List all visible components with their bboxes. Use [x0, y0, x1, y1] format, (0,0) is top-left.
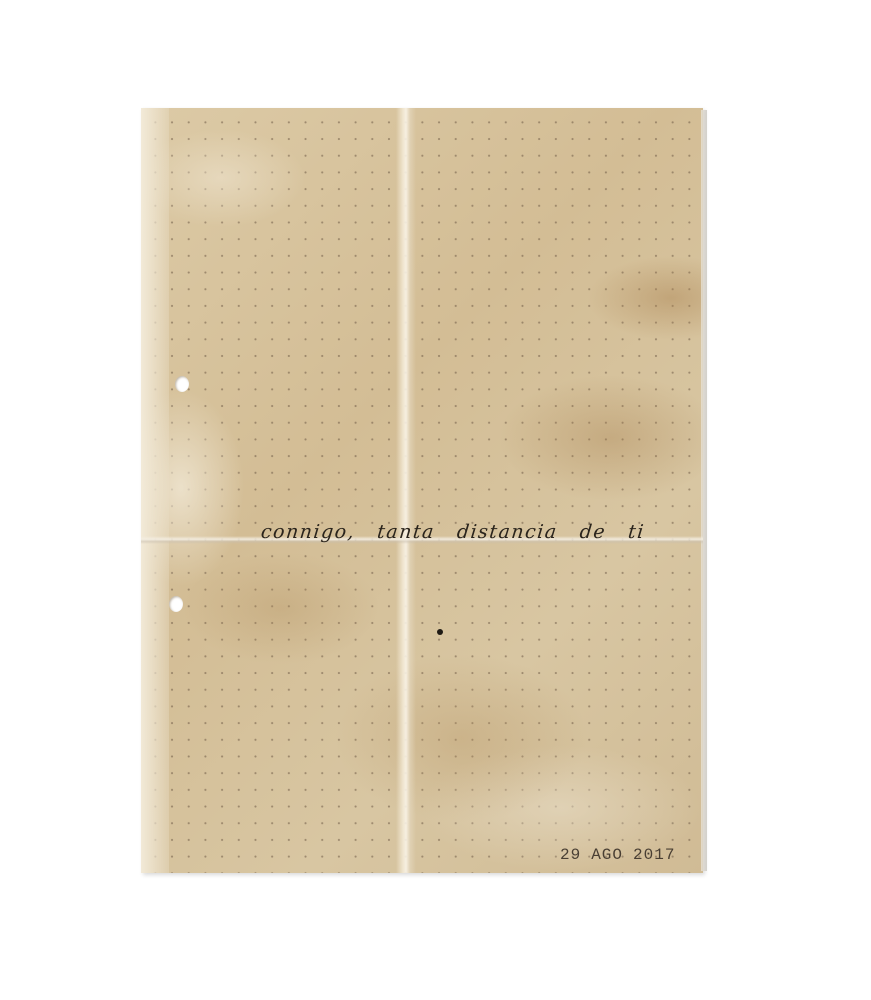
- punch-hole-bottom: [169, 596, 183, 612]
- ink-spot: [437, 629, 443, 635]
- date-stamp-day: 29: [560, 846, 581, 864]
- paper-right-edge: [701, 110, 707, 871]
- handwritten-word: connigo,: [260, 521, 357, 543]
- aged-paper-sheet: connigo,tantadistanciadeti 29AGO2017: [141, 108, 703, 873]
- handwritten-text: connigo,tantadistanciadeti: [260, 521, 668, 543]
- punch-hole-top: [175, 376, 189, 392]
- date-stamp: 29AGO2017: [560, 846, 685, 864]
- handwritten-word: tanta: [376, 521, 436, 543]
- handwritten-word: distancia: [456, 521, 559, 543]
- handwritten-word: ti: [627, 521, 646, 543]
- vertical-fold-line: [396, 108, 416, 873]
- date-stamp-month: AGO: [591, 846, 623, 864]
- handwritten-word: de: [579, 521, 608, 543]
- paper-left-margin: [141, 108, 169, 873]
- date-stamp-year: 2017: [633, 846, 675, 864]
